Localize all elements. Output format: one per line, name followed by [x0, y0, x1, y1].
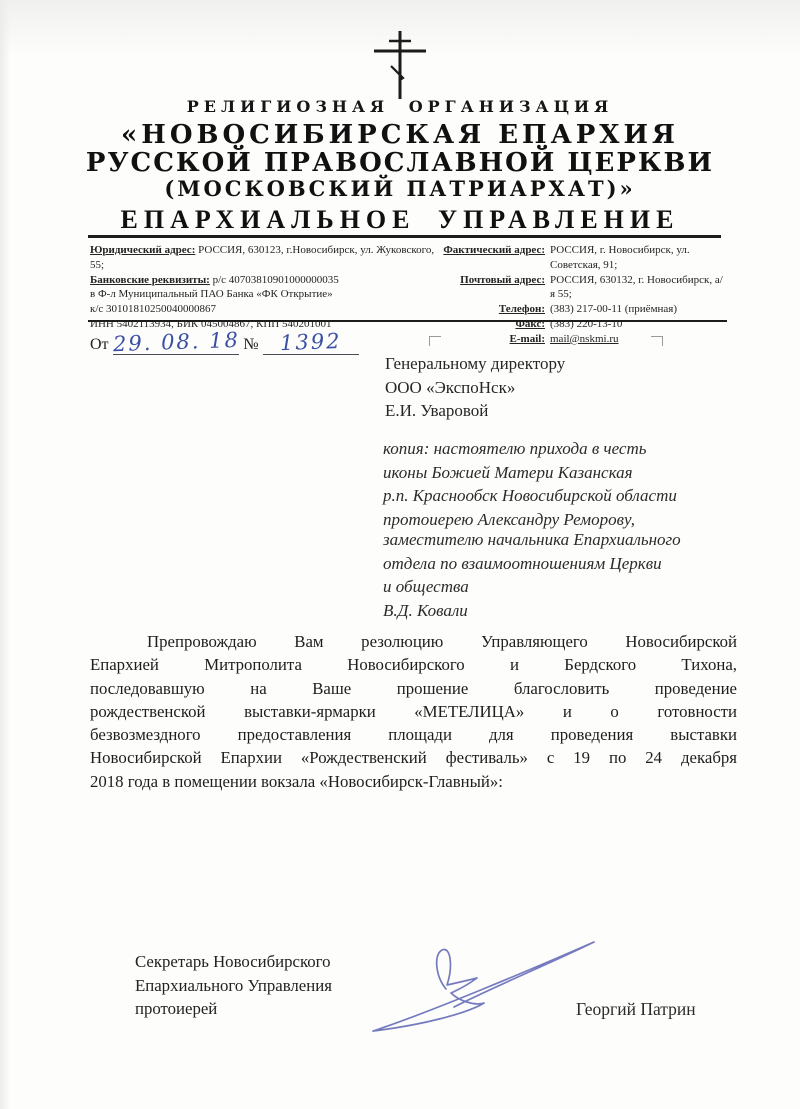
signature-autograph: [328, 925, 623, 1048]
letterhead-text: РЕЛИГИОЗНАЯ ОРГАНИЗАЦИЯ «НОВОСИБИРСКАЯ Е…: [0, 99, 800, 233]
recipient-name: Е.И. Уваровой: [385, 399, 565, 423]
recipient-position: Генеральному директору: [385, 352, 565, 376]
body-line: Новосибирской Епархии «Рождественский фе…: [90, 746, 737, 769]
contacts-left-column: Юридический адрес: РОССИЯ, 630123, г.Нов…: [90, 243, 435, 332]
bank-account-value: р/с 40703810901000000035: [213, 274, 339, 286]
email-row: E-mail: mail@nskmi.ru: [441, 332, 727, 347]
postal-address-label: Почтовый адрес:: [441, 273, 545, 303]
address-corner-mark-right: [651, 336, 663, 346]
body-line: рождественской выставки-ярмарки «МЕТЕЛИЦ…: [90, 700, 737, 723]
bank-branch-row: в Ф-л Муниципальный ПАО Банка «ФК Открыт…: [90, 287, 435, 302]
bank-details-label: Банковские реквизиты:: [90, 274, 210, 286]
copy2-line: заместителю начальника Епархиального: [383, 528, 681, 552]
copy2-line: В.Д. Ковали: [383, 599, 681, 623]
phone-row: Телефон: (383) 217-00-11 (приёмная): [441, 302, 727, 317]
handwritten-number: 1392: [280, 329, 342, 355]
contacts-divider-line: [88, 320, 727, 322]
actual-address-value: РОССИЯ, г. Новосибирск, ул. Советская, 9…: [545, 243, 727, 273]
body-line: Препровождаю Вам резолюцию Управляющего …: [90, 630, 737, 653]
copy2-line: отдела по взаимоотношениям Церкви: [383, 552, 681, 576]
letter-body: Препровождаю Вам резолюцию Управляющего …: [90, 630, 737, 793]
copy1-line: иконы Божией Матери Казанская: [383, 461, 677, 485]
number-field: 1392: [263, 330, 359, 355]
date-field: 29. 08. 18: [113, 330, 240, 355]
orthodox-cross-icon: [367, 28, 433, 102]
department-title: ЕПАРХИАЛЬНОЕ УПРАВЛЕНИЕ: [0, 207, 800, 233]
contacts-right-column: Фактический адрес: РОССИЯ, г. Новосибирс…: [441, 243, 727, 347]
phone-label: Телефон:: [441, 302, 545, 317]
org-type-line: РЕЛИГИОЗНАЯ ОРГАНИЗАЦИЯ: [0, 99, 800, 115]
legal-address-row: Юридический адрес: РОССИЯ, 630123, г.Нов…: [90, 243, 435, 273]
copy1-line: копия: настоятелю прихода в честь: [383, 437, 677, 461]
org-name-line-2: РУССКОЙ ПРАВОСЛАВНОЙ ЦЕРКВИ: [0, 150, 800, 176]
corr-account-row: к/с 30101810250040000867: [90, 302, 435, 317]
number-sign-label: №: [243, 336, 258, 353]
address-corner-mark-left: [429, 336, 441, 346]
email-label: E-mail:: [441, 332, 545, 347]
actual-address-label: Фактический адрес:: [441, 243, 545, 273]
handwritten-date: 29. 08. 18: [112, 328, 240, 356]
body-line: 2018 года в помещении вокзала «Новосибир…: [90, 770, 737, 793]
org-name-line-3: (МОСКОВСКИЙ ПАТРИАРХАТ)»: [0, 178, 800, 199]
legal-address-label: Юридический адрес:: [90, 244, 195, 256]
bank-details-row: Банковские реквизиты: р/с 40703810901000…: [90, 273, 435, 288]
phone-value: (383) 217-00-11 (приёмная): [545, 302, 677, 317]
signer-title-line: протоиерей: [135, 997, 332, 1021]
copy2-line: и общества: [383, 575, 681, 599]
body-line: Епархией Митрополита Новосибирского и Бе…: [90, 653, 737, 676]
copy1-line: р.п. Краснообск Новосибирской области: [383, 484, 677, 508]
copy-block-1: копия: настоятелю прихода в честь иконы …: [383, 437, 677, 531]
copy-block-2: заместителю начальника Епархиального отд…: [383, 528, 681, 622]
signer-title-line: Секретарь Новосибирского: [135, 950, 332, 974]
letterhead-emblem: [0, 28, 800, 107]
recipient-company: ООО «ЭкспоНск»: [385, 376, 565, 400]
reference-line: От 29. 08. 18 № 1392: [90, 330, 359, 355]
signer-title-block: Секретарь Новосибирского Епархиального У…: [135, 950, 332, 1021]
recipient-block: Генеральному директору ООО «ЭкспоНск» Е.…: [385, 352, 565, 423]
email-value: mail@nskmi.ru: [545, 332, 619, 347]
org-name-line-1: «НОВОСИБИРСКАЯ ЕПАРХИЯ: [0, 122, 800, 148]
postal-address-row: Почтовый адрес: РОССИЯ, 630132, г. Новос…: [441, 273, 727, 303]
from-label: От: [90, 336, 109, 353]
body-line: безвозмездного предоставления площади дл…: [90, 723, 737, 746]
actual-address-row: Фактический адрес: РОССИЯ, г. Новосибирс…: [441, 243, 727, 273]
body-line: последовавшую на Ваше прошение благослов…: [90, 677, 737, 700]
header-divider-line: [88, 235, 721, 238]
scanned-letter-page: РЕЛИГИОЗНАЯ ОРГАНИЗАЦИЯ «НОВОСИБИРСКАЯ Е…: [0, 0, 800, 1109]
signer-title-line: Епархиального Управления: [135, 974, 332, 998]
signer-name: Георгий Патрин: [576, 999, 696, 1020]
postal-address-value: РОССИЯ, 630132, г. Новосибирск, а/я 55;: [545, 273, 727, 303]
signature-ink-icon: [328, 925, 623, 1043]
